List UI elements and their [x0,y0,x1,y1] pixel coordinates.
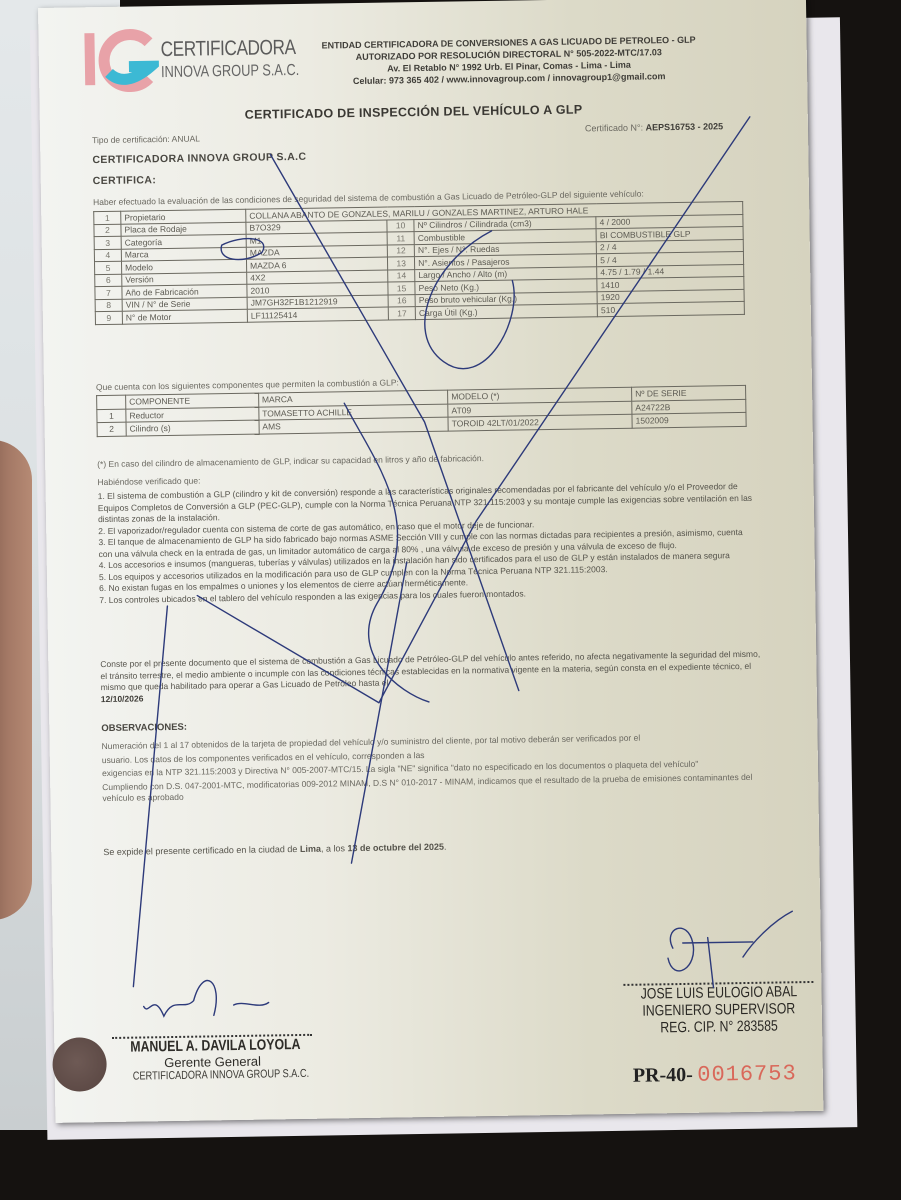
vehicle-table: 1 Propietario COLLANA ABANTO DE GONZALES… [93,201,745,325]
issued-city: Lima [300,844,321,854]
verification-intro: Habiéndose verificado que: [97,476,200,488]
ig-logo-icon [78,28,159,93]
issued-statement: Se expide el presente certificado en la … [103,842,446,859]
certificate-number-row: Certificado N°: AEPS16753 - 2025 [585,121,723,133]
company-name: CERTIFICADORA INNOVA GROUP S.A.C [92,151,306,166]
logo-name-line1: CERTIFICADORA [160,36,295,62]
form-number: PR-40- 0016753 [633,1061,797,1089]
components-table: COMPONENTEMARCAMODELO (*)Nº DE SERIE1Red… [96,385,747,437]
engineer-registration: REG. CIP. N° 283585 [641,1017,797,1036]
certificate-label: Certificado N°: [585,123,643,134]
certificate-page: CERTIFICADORA INNOVA GROUP S.A.C. ENTIDA… [38,0,823,1123]
document-title: CERTIFICADO DE INSPECCIÓN DEL VEHÍCULO A… [245,102,583,121]
company-logo: CERTIFICADORA INNOVA GROUP S.A.C. [78,26,299,99]
form-prefix: PR-40- [633,1064,693,1087]
logo-name-line2: INNOVA GROUP S.A.C. [161,62,299,82]
thumb-holding-paper [0,440,32,920]
certifies-heading: CERTIFICA: [93,174,157,187]
certification-type: Tipo de certificación: ANUAL [92,133,200,145]
seal-stamp [52,1037,107,1092]
conclusion-paragraph: Conste por el presente documento que el … [100,649,761,705]
form-serial: 0016753 [697,1061,797,1088]
observations-title: OBSERVACIONES: [101,722,187,734]
manager-name: MANUEL A. DAVILA LOYOLA [130,1036,294,1056]
components-footnote: (*) En caso del cilindro de almacenamien… [97,453,484,469]
verification-list: 1. El sistema de combustión a GLP (cilin… [98,481,760,606]
components-intro: Que cuenta con los siguientes componente… [96,377,399,392]
manager-signature-block: MANUEL A. DAVILA LOYOLA Gerente General … [112,1034,313,1083]
manager-company: CERTIFICADORA INNOVA GROUP S.A.C. [133,1068,293,1083]
certificate-number: AEPS16753 - 2025 [646,121,724,132]
issued-date: 13 de octubre del 2025 [347,842,444,854]
entity-info: ENTIDAD CERTIFICADORA DE CONVERSIONES A … [299,33,720,88]
engineer-signature-block: JOSE LUIS EULOGIO ABAL INGENIERO SUPERVI… [623,981,814,1037]
observations-text: Numeración del 1 al 17 obtenidos de la t… [102,731,763,807]
